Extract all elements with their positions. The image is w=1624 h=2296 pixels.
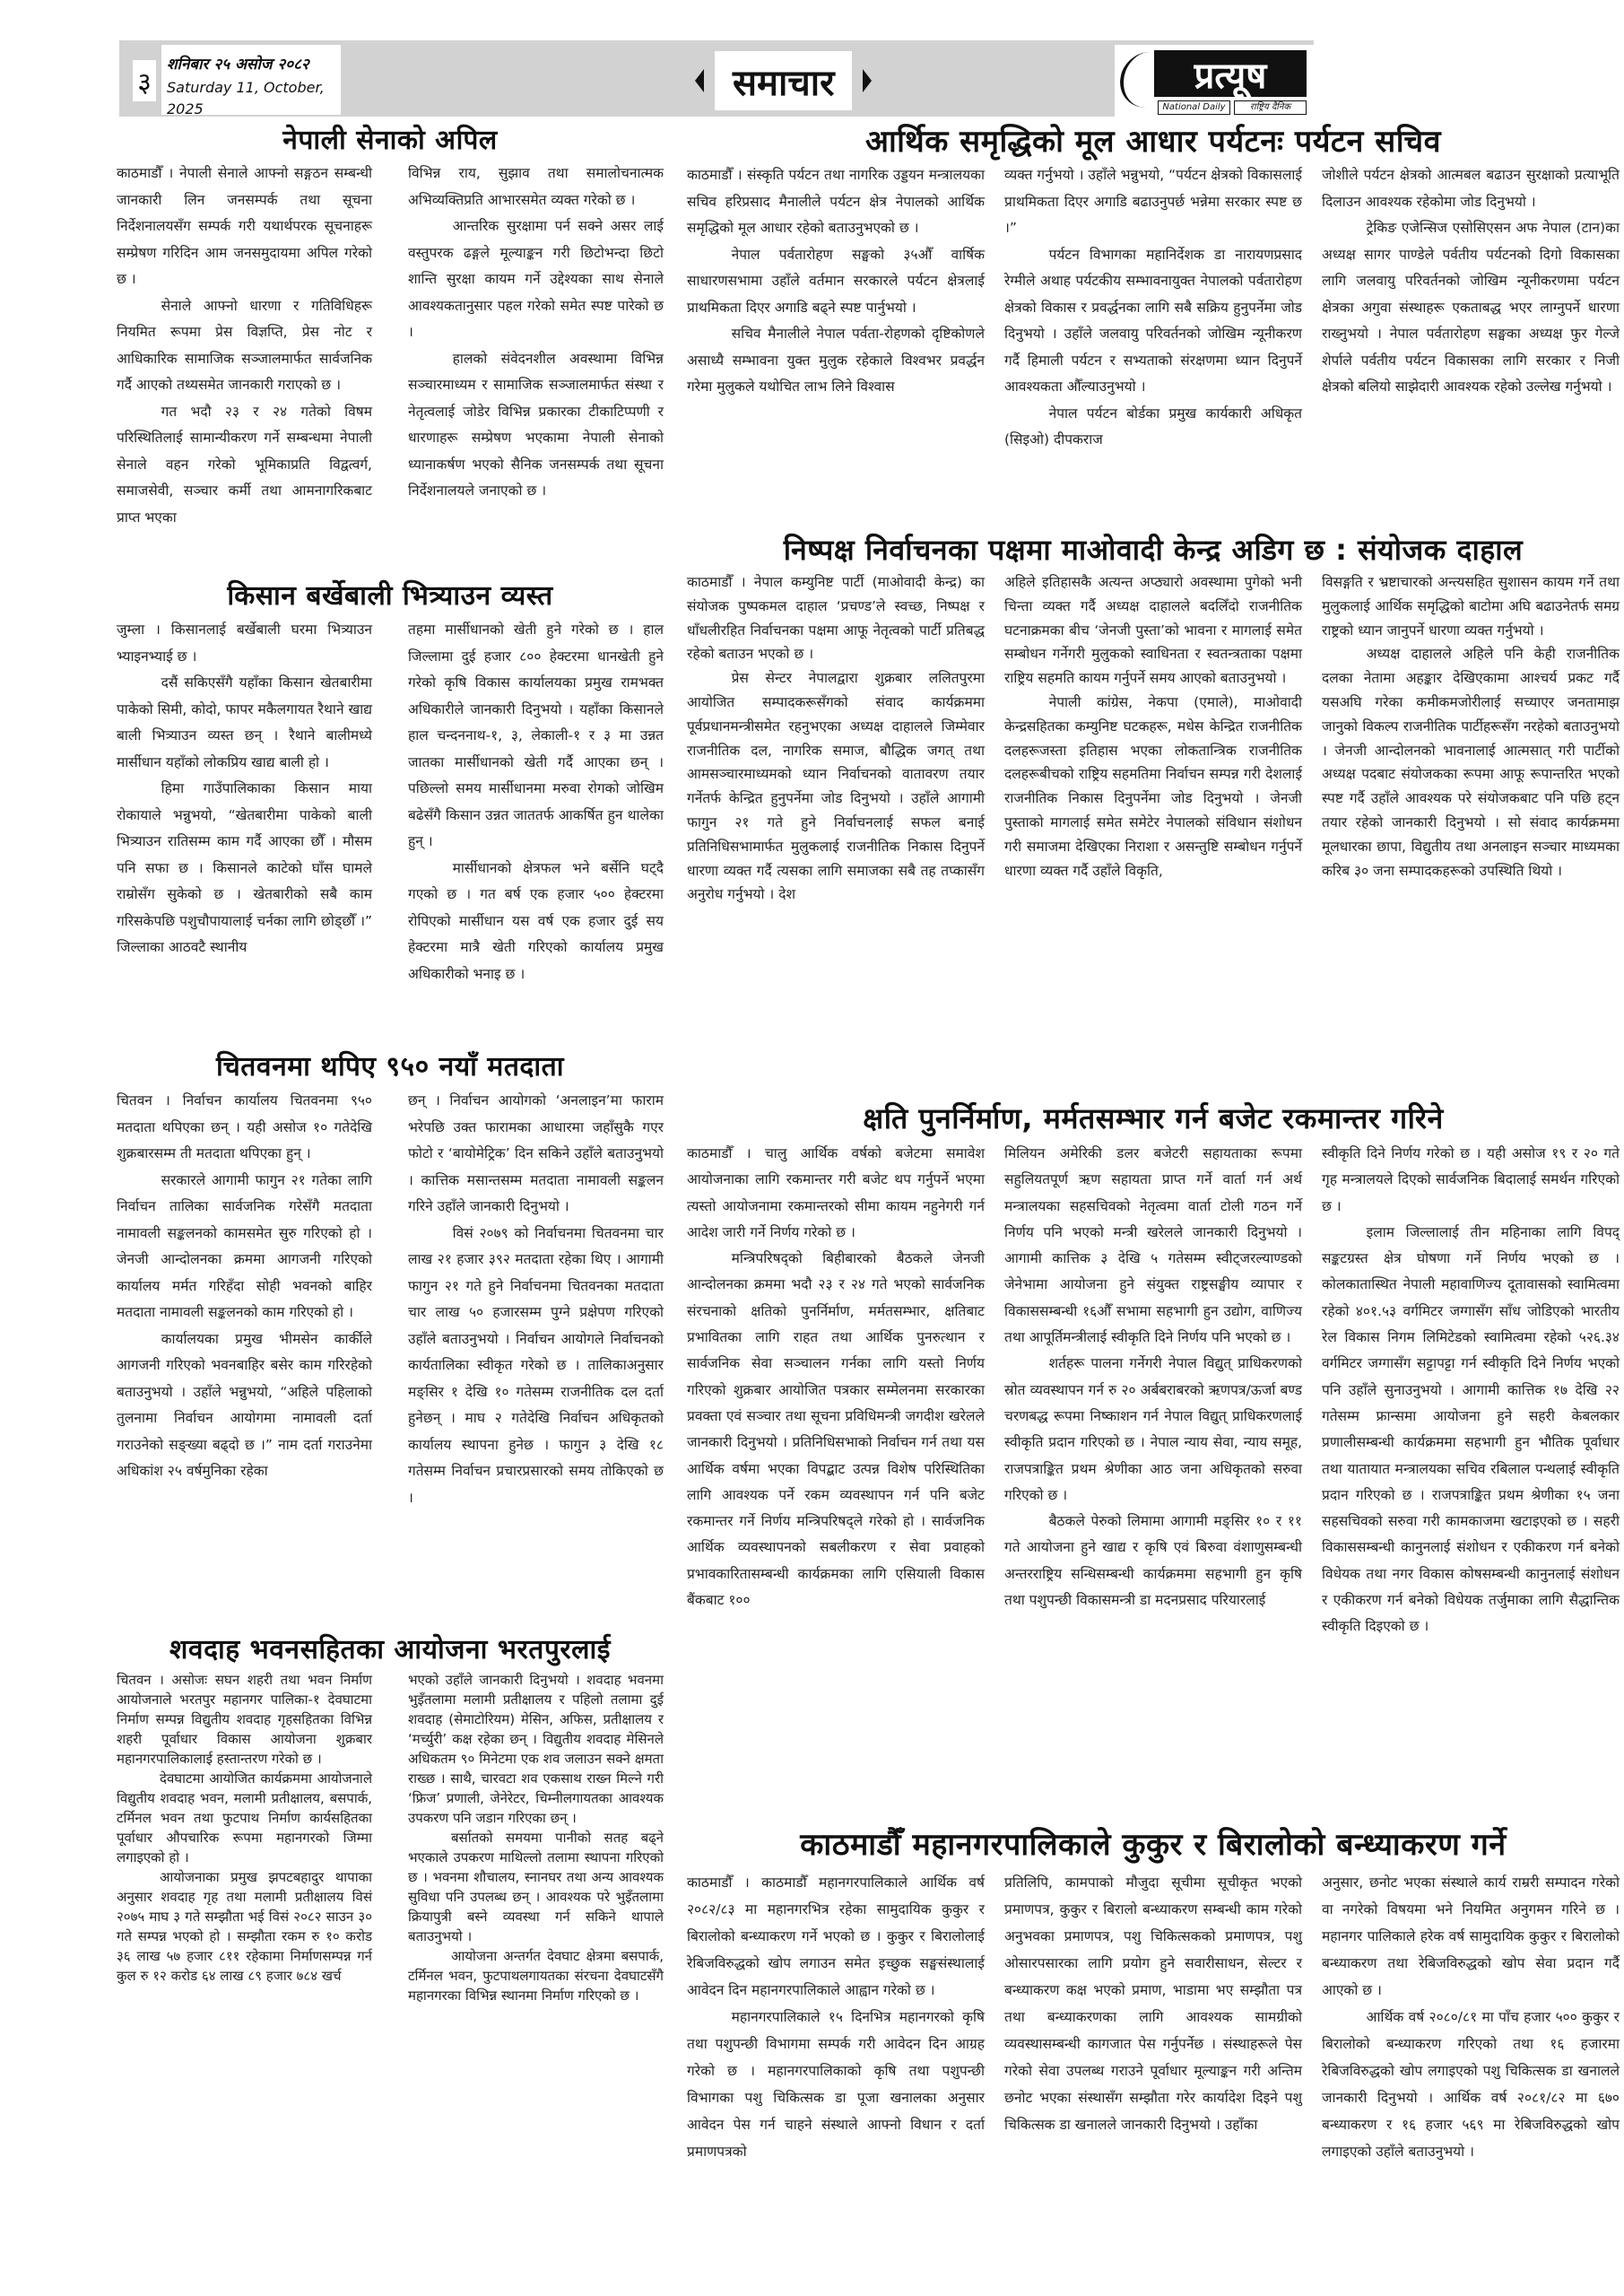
article-nepal-army-appeal: नेपाली सेनाको अपिल काठमाडौँ । नेपाली सेन… bbox=[117, 121, 664, 531]
paragraph: सरकारले आगामी फागुन २१ गतेका लागि निर्वा… bbox=[117, 1168, 372, 1326]
article-column: काठमाडौँ । काठमाडौँ महानगरपालिकाले आर्थि… bbox=[687, 1869, 985, 2165]
article-column: काठमाडौँ । नेपाल कम्युनिष्ट पार्टी (माओव… bbox=[687, 570, 985, 907]
article-kathmandu-sterilization: काठमाडौँ महानगरपालिकाले कुकुर र बिरालोको… bbox=[687, 1821, 1620, 2165]
article-column: व्यक्त गर्नुभयो । उहाँले भन्नुभयो, “पर्य… bbox=[1004, 162, 1302, 454]
paragraph: भएको उहाँले जानकारी दिनुभयो । शवदाह भवनम… bbox=[408, 1670, 664, 1828]
article-column: चितवन । निर्वाचन कार्यालय चितवनमा ९५० मत… bbox=[117, 1088, 372, 1511]
paragraph: महानगरपालिकाले १५ दिनभित्र महानगरको कृषि… bbox=[687, 2004, 985, 2165]
article-headline: किसान बर्खेबाली भित्र्याउन व्यस्त bbox=[117, 576, 664, 617]
paragraph: चितवन । निर्वाचन कार्यालय चितवनमा ९५० मत… bbox=[117, 1088, 372, 1168]
paragraph: शर्तहरू पालना गर्नेगरी नेपाल विद्युत् प्… bbox=[1004, 1351, 1302, 1509]
paragraph: विभिन्न राय, सुझाव तथा समालोचनात्मक अभिव… bbox=[408, 161, 664, 213]
paragraph: हालको संवेदनशील अवस्थामा विभिन्न सञ्चारम… bbox=[408, 346, 664, 505]
article-headline: शवदाह भवनसहितका आयोजना भरतपुरलाई bbox=[117, 1631, 664, 1670]
article-column: स्वीकृति दिने निर्णय गरेको छ । यही असोज … bbox=[1322, 1141, 1620, 1640]
article-column: मिलियन अमेरिकी डलर बजेटरी सहायताका रूपमा… bbox=[1004, 1141, 1302, 1640]
article-column: जुम्ला । किसानलाई बर्खेबाली घरमा भित्र्य… bbox=[117, 617, 372, 987]
paragraph: व्यक्त गर्नुभयो । उहाँले भन्नुभयो, “पर्य… bbox=[1004, 162, 1302, 242]
article-column: अनुसार, छनोट भएका संस्थाले कार्य राम्ररी… bbox=[1322, 1869, 1620, 2165]
article-column: छन् । निर्वाचन आयोगको ‘अनलाइन’मा फाराम भ… bbox=[408, 1088, 664, 1511]
paragraph: अध्यक्ष दाहालले अहिले पनि केही राजनीतिक … bbox=[1322, 642, 1620, 883]
article-maoist-dahal: निष्पक्ष निर्वाचनका पक्षमा माओवादी केन्द… bbox=[687, 529, 1620, 907]
date-english: Saturday 11, October, 2025 bbox=[167, 77, 335, 120]
paragraph: ट्रेकिङ एजेन्सिज एसोसिएसन अफ नेपाल (टान)… bbox=[1322, 215, 1620, 401]
article-chitwan-voters: चितवनमा थपिए ९५० नयाँ मतदाता चितवन । निर… bbox=[117, 1047, 664, 1511]
article-column: तहमा मार्सीधानको खेती हुने गरेको छ । हाल… bbox=[408, 617, 664, 987]
page-number: ३ bbox=[133, 60, 156, 101]
paragraph: प्रतिलिपि, कामपाको मौजुदा सूचीमा सूचीकृत… bbox=[1004, 1869, 1302, 2138]
article-column: काठमाडौँ । चालु आर्थिक वर्षको बजेटमा समा… bbox=[687, 1141, 985, 1640]
section-title: समाचार bbox=[715, 51, 852, 110]
article-farmers-harvest: किसान बर्खेबाली भित्र्याउन व्यस्त जुम्ला… bbox=[117, 576, 664, 987]
paragraph: इलाम जिल्लालाई तीन महिनाका लागि विपद् सङ… bbox=[1322, 1220, 1620, 1640]
article-column: चितवन । असोजः सघन शहरी तथा भवन निर्माण आ… bbox=[117, 1670, 372, 2005]
paragraph: अनुसार, छनोट भएका संस्थाले कार्य राम्ररी… bbox=[1322, 1869, 1620, 2004]
paragraph: काठमाडौँ । काठमाडौँ महानगरपालिकाले आर्थि… bbox=[687, 1869, 985, 2004]
article-column: विसङ्गति र भ्रष्टाचारको अन्त्यसहित सुशास… bbox=[1322, 570, 1620, 907]
section-label: समाचार bbox=[695, 50, 968, 111]
article-headline: क्षति पुनर्निर्माण, मर्मतसम्भार गर्न बजे… bbox=[687, 1096, 1620, 1141]
article-bharatpur-crematorium: शवदाह भवनसहितका आयोजना भरतपुरलाई चितवन ।… bbox=[117, 1631, 664, 2005]
paragraph: काठमाडौँ । संस्कृति पर्यटन तथा नागरिक उड… bbox=[687, 162, 985, 242]
article-column: काठमाडौँ । संस्कृति पर्यटन तथा नागरिक उड… bbox=[687, 162, 985, 454]
paragraph: प्रेस सेन्टर नेपालद्वारा शुक्रबार ललितपु… bbox=[687, 666, 985, 907]
article-column: जोशीले पर्यटन क्षेत्रको आत्मबल बढाउन सुर… bbox=[1322, 162, 1620, 454]
arrow-left-icon bbox=[695, 69, 704, 92]
paragraph: आयोजनाका प्रमुख झपटबहादुर थापाका अनुसार … bbox=[117, 1867, 372, 1986]
article-column: अहिले इतिहासकै अत्यन्त अप्ठ्यारो अवस्थाम… bbox=[1004, 570, 1302, 907]
date-nepali: शनिबार २५ असोज २०८२ bbox=[167, 52, 335, 77]
arrow-right-icon bbox=[863, 69, 872, 92]
paragraph: तहमा मार्सीधानको खेती हुने गरेको छ । हाल… bbox=[408, 617, 664, 856]
article-column: भएको उहाँले जानकारी दिनुभयो । शवदाह भवनम… bbox=[408, 1670, 664, 2005]
paragraph: गत भदौ २३ र २४ गतेको विषम परिस्थितिलाई स… bbox=[117, 399, 372, 532]
paragraph: आयोजना अन्तर्गत देवघाट क्षेत्रमा बसपार्क… bbox=[408, 1946, 664, 2005]
paragraph: कार्यालयका प्रमुख भीमसेन कार्कीले आगजनी … bbox=[117, 1326, 372, 1485]
paragraph: विसङ्गति र भ्रष्टाचारको अन्त्यसहित सुशास… bbox=[1322, 570, 1620, 642]
paragraph: स्वीकृति दिने निर्णय गरेको छ । यही असोज … bbox=[1322, 1141, 1620, 1220]
article-headline: काठमाडौँ महानगरपालिकाले कुकुर र बिरालोको… bbox=[687, 1821, 1620, 1869]
logo-tagline-np: राष्ट्रिय दैनिक bbox=[1234, 100, 1307, 115]
article-column: प्रतिलिपि, कामपाको मौजुदा सूचीमा सूचीकृत… bbox=[1004, 1869, 1302, 2165]
paragraph: बर्सातको समयमा पानीको सतह बढ्ने भएकाले उ… bbox=[408, 1828, 664, 1946]
paragraph: देवघाटमा आयोजित कार्यक्रममा आयोजनाले विद… bbox=[117, 1769, 372, 1867]
article-tourism-secretary: आर्थिक समृद्धिको मूल आधार पर्यटनः पर्यटन… bbox=[687, 121, 1620, 454]
paragraph: नेपाल पर्वतारोहण सङ्घको ३५औँ वार्षिक साध… bbox=[687, 242, 985, 322]
paragraph: काठमाडौँ । नेपाल कम्युनिष्ट पार्टी (माओव… bbox=[687, 570, 985, 666]
paragraph: छन् । निर्वाचन आयोगको ‘अनलाइन’मा फाराम भ… bbox=[408, 1088, 664, 1221]
date-box: शनिबार २५ असोज २०८२ Saturday 11, October… bbox=[161, 45, 341, 115]
paragraph: काठमाडौँ । नेपाली सेनाले आफ्नो सङ्गठन सम… bbox=[117, 161, 372, 293]
paragraph: नेपाल पर्यटन बोर्डका प्रमुख कार्यकारी अध… bbox=[1004, 401, 1302, 454]
article-headline: चितवनमा थपिए ९५० नयाँ मतदाता bbox=[117, 1047, 664, 1088]
paragraph: मिलियन अमेरिकी डलर बजेटरी सहायताका रूपमा… bbox=[1004, 1141, 1302, 1351]
article-budget-transfer: क्षति पुनर्निर्माण, मर्मतसम्भार गर्न बजे… bbox=[687, 1096, 1620, 1640]
paragraph: पर्यटन विभागका महानिर्देशक डा नारायणप्रस… bbox=[1004, 242, 1302, 401]
paragraph: अहिले इतिहासकै अत्यन्त अप्ठ्यारो अवस्थाम… bbox=[1004, 570, 1302, 691]
paragraph: विसं २०७९ को निर्वाचनमा चितवनमा चार लाख … bbox=[408, 1221, 664, 1512]
article-headline: आर्थिक समृद्धिको मूल आधार पर्यटनः पर्यटन… bbox=[687, 121, 1620, 162]
paragraph: मार्सीधानको क्षेत्रफल भने बर्सेनि घट्दै … bbox=[408, 856, 664, 988]
logo-title: प्रत्यूष bbox=[1154, 50, 1307, 97]
paragraph: नेपाली कांग्रेस, नेकपा (एमाले), माओवादी … bbox=[1004, 691, 1302, 883]
article-column: विभिन्न राय, सुझाव तथा समालोचनात्मक अभिव… bbox=[408, 161, 664, 531]
paragraph: सेनाले आफ्नो धारणा र गतिविधिहरू नियमित र… bbox=[117, 293, 372, 399]
paragraph: दसैं सकिएसँगै यहाँका किसान खेतबारीमा पाक… bbox=[117, 670, 372, 776]
article-column: काठमाडौँ । नेपाली सेनाले आफ्नो सङ्गठन सम… bbox=[117, 161, 372, 531]
paragraph: सचिव मैनालीले नेपाल पर्वता-रोहणको दृष्टि… bbox=[687, 321, 985, 401]
paragraph: मन्त्रिपरिषद्को बिहीबारको बैठकले जेनजी आ… bbox=[687, 1246, 985, 1613]
paragraph: काठमाडौँ । चालु आर्थिक वर्षको बजेटमा समा… bbox=[687, 1141, 985, 1246]
paragraph: जुम्ला । किसानलाई बर्खेबाली घरमा भित्र्य… bbox=[117, 617, 372, 670]
paragraph: आर्थिक वर्ष २०८०/८१ मा पाँच हजार ५०० कुक… bbox=[1322, 2004, 1620, 2165]
article-headline: नेपाली सेनाको अपिल bbox=[117, 121, 664, 161]
paragraph: बैठकले पेरुको लिमामा आगामी मङ्सिर १० र १… bbox=[1004, 1509, 1302, 1613]
newspaper-logo: प्रत्यूष National Daily राष्ट्रिय दैनिक bbox=[1115, 45, 1314, 117]
logo-tagline-en: National Daily bbox=[1158, 100, 1230, 115]
newspaper-page: ३ शनिबार २५ असोज २०८२ Saturday 11, Octob… bbox=[0, 0, 1624, 2296]
article-headline: निष्पक्ष निर्वाचनका पक्षमा माओवादी केन्द… bbox=[687, 529, 1620, 570]
paragraph: आन्तरिक सुरक्षामा पर्न सक्ने असर लाई वस्… bbox=[408, 213, 664, 346]
paragraph: जोशीले पर्यटन क्षेत्रको आत्मबल बढाउन सुर… bbox=[1322, 162, 1620, 215]
paragraph: हिमा गाउँपालिकाका किसान माया रोकायाले भन… bbox=[117, 776, 372, 961]
paragraph: चितवन । असोजः सघन शहरी तथा भवन निर्माण आ… bbox=[117, 1670, 372, 1769]
